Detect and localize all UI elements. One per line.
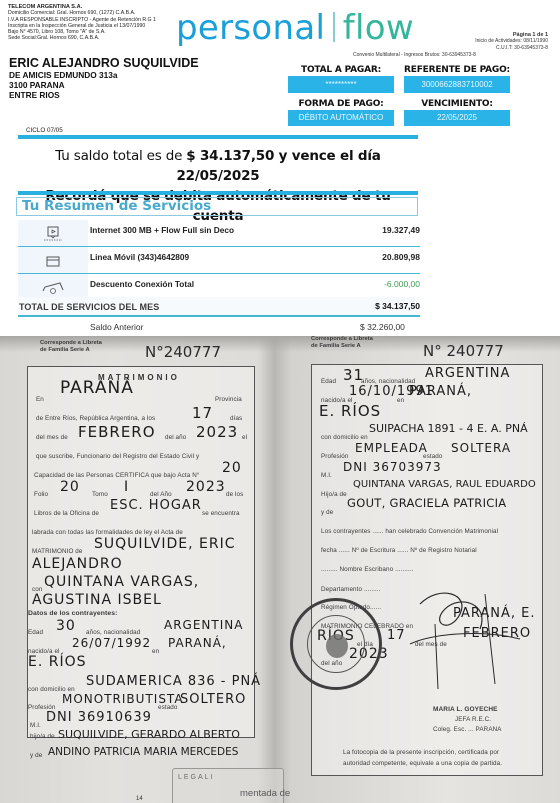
mentada-text: mentada de	[240, 788, 290, 799]
convenio-multilateral: Convenio Multilateral - Ingresos Brutos:…	[353, 52, 476, 58]
legalization-text: LEGALI	[178, 774, 215, 781]
payment-reference-label: REFERENTE DE PAGO:	[404, 64, 510, 76]
hw-lugar-provincia: E. RÍOS	[319, 402, 381, 420]
label-mes: del mes de	[36, 434, 68, 441]
hw-nacionalidad: ARGENTINA	[164, 618, 243, 632]
label-suscribe: que suscribe, Funcionario del Registro d…	[36, 453, 199, 460]
service-row: Internet 300 MB + Flow Full sin Deco 19.…	[18, 220, 420, 247]
hw-domicilio: SUDAMERICA 836 - PNÁ	[86, 674, 261, 689]
hw-profesion: MONOTRIBUTISTA	[62, 692, 184, 706]
label-folio: Folio	[34, 491, 48, 498]
label-republica: de Entre Ríos, República Argentina, a lo…	[36, 415, 155, 422]
hw-anio-libro: 2023	[186, 479, 226, 495]
hw-madre: ANDINO PATRICIA MARIA MERCEDES	[48, 746, 238, 758]
libreta-line: de Familia Serie A	[40, 347, 102, 354]
hw-padre: QUINTANA VARGAS, RAUL EDUARDO	[353, 479, 536, 490]
official-title: JEFA R.E.C.	[455, 716, 491, 723]
client-name: ERIC ALEJANDRO SUQUILVIDE	[9, 56, 199, 70]
label-del-anio: del Año	[150, 491, 172, 498]
label-anio: del año	[165, 434, 186, 441]
hw-acta: 20	[222, 460, 242, 476]
label-capacidad: Capacidad de las Personas CERTIFICA que …	[34, 472, 199, 479]
payment-method-label: FORMA DE PAGO:	[288, 98, 394, 110]
label-encuentra: se encuentra	[202, 510, 240, 517]
hw-madre: GOUT, GRACIELA PATRICIA	[347, 496, 506, 510]
label-y-de: y de	[321, 509, 333, 516]
label-fotocopia: La fotocopia de la presente inscripción,…	[343, 749, 499, 756]
hw-contrayente-1-nombre: ALEJANDRO	[32, 556, 123, 572]
hw-estado: SOLTERO	[180, 692, 246, 707]
label-escribano: ......... Nombre Escribano ..........	[321, 566, 414, 573]
hw-ciudad: PARANÁ	[60, 378, 134, 398]
previous-balance-amount: $ 32.260,00	[360, 322, 405, 332]
signature	[400, 584, 530, 694]
label-en: en	[152, 648, 159, 655]
libreta-reference: Corresponde a Libreta de Familia Serie A	[40, 340, 102, 354]
client-province: ENTRE RIOS	[9, 90, 199, 100]
hw-tomo: I	[124, 479, 129, 495]
label-datos-contrayentes: Datos de los contrayentes:	[28, 610, 117, 617]
label-convencion: Los contrayentes ...... han celebrado Co…	[321, 528, 498, 535]
hw-lugar: PARANÁ,	[168, 636, 227, 650]
hw-profesion: EMPLEADA	[355, 441, 428, 455]
company-line: I.V.A RESPONSABLE INSCRIPTO - Agente de …	[8, 17, 156, 23]
personal-flow-logo: personalflow	[176, 8, 414, 48]
total-to-pay-value: **********	[288, 76, 394, 93]
certificate-number: N° 240777	[423, 342, 504, 360]
official-office: Coleg. Esc. ... PARANA	[433, 726, 502, 733]
label-libros: Libros de la Oficina de	[34, 510, 99, 517]
logo-divider	[333, 12, 335, 42]
hw-dni: DNI 36703973	[343, 460, 442, 474]
service-row: Descuento Conexión Total -6.000,00	[18, 274, 420, 296]
hw-contrayente-1: SUQUILVIDE, ERIC	[94, 536, 236, 552]
label-mi: M.I.	[30, 722, 41, 729]
service-amount-discount: -6.000,00	[384, 279, 420, 289]
libreta-line: de Familia Serie A	[311, 343, 373, 350]
service-description: Linea Móvil (343)4642809	[90, 252, 189, 262]
company-info: TELECOM ARGENTINA S.A. Domicilio Comerci…	[8, 4, 156, 42]
balance-amount: $ 34.137,50 y vence el día 22/05/2025	[176, 148, 380, 184]
monthly-total-label: TOTAL DE SERVICIOS DEL MES	[19, 302, 159, 312]
payment-box: TOTAL A PAGAR: REFERENTE DE PAGO: ******…	[288, 64, 516, 126]
label-el: el	[242, 434, 247, 441]
page-info: Página 1 de 1 Inicio de Actividades: 08/…	[475, 32, 548, 51]
hw-nacimiento: 26/07/1992	[72, 636, 151, 650]
service-amount: 19.327,49	[382, 225, 420, 235]
hw-lugar-provincia: E. RÍOS	[28, 654, 87, 670]
label-matrimonio-de: MATRIMONIO de	[32, 548, 83, 555]
monthly-total-row: TOTAL DE SERVICIOS DEL MES $ 34.137,50	[18, 297, 420, 317]
client-city: 3100 PARANA	[9, 80, 199, 90]
hw-contrayente-2: QUINTANA VARGAS,	[44, 574, 199, 590]
label-tomo: Tomo	[92, 491, 108, 498]
libreta-line: Corresponde a Libreta	[311, 336, 373, 343]
hw-folio: 20	[60, 479, 80, 495]
official-name: MARIA L. GOYECHE	[433, 706, 498, 713]
hw-estado: SOLTERA	[451, 441, 511, 455]
divider	[18, 191, 418, 195]
certificate-right-page: Corresponde a Libreta de Familia Serie A…	[285, 336, 560, 803]
libreta-reference: Corresponde a Libreta de Familia Serie A	[311, 336, 373, 350]
balance-prefix: Tu saldo total es de	[55, 148, 186, 164]
hw-lugar: PARANÁ,	[409, 384, 472, 399]
label-provincia: Provincia	[215, 396, 242, 403]
hw-mes: FEBRERO	[78, 423, 156, 441]
label-de-los: de los	[226, 491, 243, 498]
page-number: 14	[136, 796, 143, 802]
label-en: En	[36, 396, 44, 403]
company-line: Sede Social:Gral. Hornos 690, C.A.B.A.	[8, 35, 156, 41]
seal-emblem	[326, 634, 348, 658]
service-description: Descuento Conexión Total	[90, 279, 194, 289]
hw-padre: SUQUILVIDE, GERARDO ALBERTO	[58, 728, 240, 741]
cuit: C.U.I.T: 30-63945373-8	[475, 45, 548, 51]
service-amount: 20.809,98	[382, 252, 420, 262]
router-icon	[18, 247, 88, 274]
hw-anio: 2023	[196, 423, 238, 441]
logo-flow: flow	[343, 8, 414, 48]
label-autoridad: autoridad competente, equivale a una cop…	[343, 760, 502, 767]
label-hijo: hijo/a de	[30, 733, 55, 740]
billing-cycle: CICLO 07/05	[26, 127, 63, 134]
due-date-value: 22/05/2025	[404, 110, 510, 126]
service-description: Internet 300 MB + Flow Full sin Deco	[90, 225, 234, 235]
due-date-label: VENCIMIENTO:	[404, 98, 510, 110]
previous-balance-label: Saldo Anterior	[90, 322, 143, 332]
label-mi: M.I.	[321, 472, 332, 479]
hw-dni: DNI 36910639	[46, 710, 152, 725]
hw-oficina: ESC. HOGAR	[110, 498, 202, 513]
service-row: Linea Móvil (343)4642809 20.809,98	[18, 247, 420, 274]
label-edad: Edad	[321, 378, 336, 385]
label-profesion: Profesión	[321, 453, 349, 460]
hw-domicilio: SUIPACHA 1891 - 4 E. A. PNÁ	[369, 422, 528, 435]
official-seal	[290, 598, 382, 690]
client-address: DE AMICIS EDMUNDO 313a	[9, 70, 199, 80]
logo-personal: personal	[176, 8, 325, 48]
hw-edad: 31	[343, 366, 364, 384]
company-line: Domicilio Comercial: Gral. Hornos 690, (…	[8, 10, 156, 16]
divider	[18, 135, 418, 139]
hw-edad: 30	[56, 618, 76, 634]
payment-reference-value: 3000662883710002	[404, 76, 510, 93]
label-labrada: labrada con todas las formalidades de le…	[32, 529, 183, 536]
libreta-line: Corresponde a Libreta	[40, 340, 102, 347]
client-block: ERIC ALEJANDRO SUQUILVIDE DE AMICIS EDMU…	[9, 56, 199, 100]
invoice: TELECOM ARGENTINA S.A. Domicilio Comerci…	[0, 0, 560, 336]
monthly-total-amount: $ 34.137,50	[375, 301, 420, 311]
label-domicilio: con domicilio en	[321, 434, 368, 441]
label-y-de: y de	[30, 752, 42, 759]
activity-start: Inicio de Actividades: 08/11/1990	[475, 38, 548, 44]
certificate-left-page: Corresponde a Libreta de Familia Serie A…	[0, 336, 275, 803]
label-departamento: Departamento .........	[321, 586, 381, 593]
label-fecha-escritura: fecha ...... Nº de Escritura ...... Nº d…	[321, 547, 477, 554]
hw-contrayente-2-nombre: AGUSTINA ISBEL	[32, 592, 162, 608]
payment-method-value: DÉBITO AUTOMÁTICO	[288, 110, 394, 126]
label-hijo: Hijo/a de	[321, 491, 347, 498]
label-dias: días	[230, 415, 242, 422]
total-to-pay-label: TOTAL A PAGAR:	[288, 64, 394, 76]
hw-nacionalidad: ARGENTINA	[425, 366, 510, 381]
tv-play-icon	[18, 220, 88, 247]
services-summary-title: Tu Resumen de Servicios	[16, 197, 418, 216]
label-edad: Edad	[28, 629, 43, 636]
hw-dia: 17	[192, 404, 213, 422]
marriage-certificate-photo: Corresponde a Libreta de Familia Serie A…	[0, 336, 560, 803]
certificate-number: N°240777	[145, 343, 221, 361]
label-nacionalidad: años, nacionalidad	[86, 629, 140, 636]
